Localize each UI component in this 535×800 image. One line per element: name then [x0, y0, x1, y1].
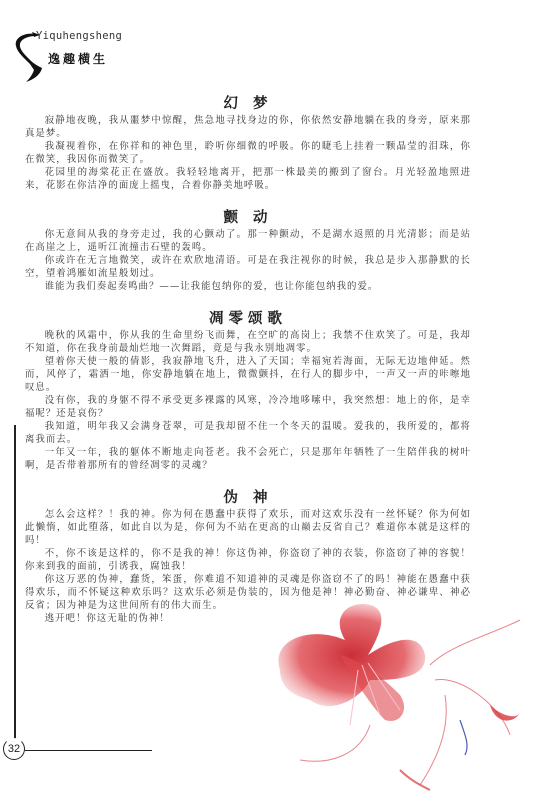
paragraph: 一年又一年，我的躯体不断地走向苍老。我不会死亡，只是那年年牺牲了一生陪伴我的树叶… [25, 446, 471, 472]
brand-english: Yiquhengsheng [36, 30, 122, 42]
section-title: 幻 梦 [25, 95, 471, 113]
paragraph: 你或许在无言地微笑，或许在欢欣地清语。可是在我注视你的时候，我总是步入那静默的长… [25, 254, 471, 280]
margin-rule-horizontal [25, 750, 152, 751]
paragraph: 我知道，明年我又会满身苍翠，可是我却留不住一个冬天的温暖。爱我的，我所爱的，都将… [25, 420, 471, 446]
section-diaoling-songge: 凋零颂歌 晚秋的风霜中，你从我的生命里纷飞而舞，在空旷的高岗上；我禁不住欢笑了。… [25, 310, 471, 472]
section-chandong: 颤 动 你无意间从我的身旁走过，我的心颤动了。那一种颤动，不是湖水返照的月光清影… [25, 209, 471, 293]
article-body: 幻 梦 寂静地夜晚，我从噩梦中惊醒，焦急地寻找身边的你，你依然安静地躺在我的身旁… [25, 95, 471, 625]
paragraph: 你无意间从我的身旁走过，我的心颤动了。那一种颤动，不是湖水返照的月光清影；而是站… [25, 228, 471, 254]
paragraph: 晚秋的风霜中，你从我的生命里纷飞而舞，在空旷的高岗上；我禁不住欢笑了。可是，我却… [25, 329, 471, 355]
paragraph: 寂静地夜晚，我从噩梦中惊醒，焦急地寻找身边的你，你依然安静地躺在我的身旁，原来那… [25, 114, 471, 140]
paragraph: 怎么会这样？！我的神。你为何在愚蠢中获得了欢乐，而对这欢乐没有一丝怀疑？你为何如… [25, 508, 471, 547]
paragraph: 我凝视着你，在你祥和的神色里，聆听你细微的呼吸。你的睫毛上挂着一颗晶莹的泪珠，你… [25, 140, 471, 166]
page-header: Yiquhengsheng 逸趣横生 [0, 0, 535, 100]
red-flower-illustration [250, 585, 535, 800]
section-title: 伪 神 [25, 489, 471, 507]
margin-rule-vertical [14, 425, 16, 747]
paragraph: 没有你，我的身躯不得不承受更多裸露的风寒，冷冷地哆嗦中，我突然想：地上的你，是幸… [25, 394, 471, 420]
section-title: 凋零颂歌 [25, 310, 471, 328]
brand-chinese: 逸趣横生 [48, 50, 108, 67]
paragraph: 不，你不该是这样的，你不是我的神！你这伪神，你盗窃了神的衣装，你盗窃了神的容貌！… [25, 547, 471, 573]
paragraph: 谁能为我们奏起奏鸣曲？——让我能包纳你的爱，也让你能包纳我的爱。 [25, 280, 471, 293]
paragraph: 花园里的海棠花正在盛放。我轻轻地离开，把那一株最美的搬到了窗台。月光轻盈地照进来… [25, 166, 471, 192]
section-title: 颤 动 [25, 209, 471, 227]
paragraph: 望着你天使一般的倩影，我寂静地飞升，进入了天国；幸福宛若海面，无际无边地伸延。然… [25, 355, 471, 394]
page-number: 32 [3, 738, 25, 760]
section-huanmeng: 幻 梦 寂静地夜晚，我从噩梦中惊醒，焦急地寻找身边的你，你依然安静地躺在我的身旁… [25, 95, 471, 192]
